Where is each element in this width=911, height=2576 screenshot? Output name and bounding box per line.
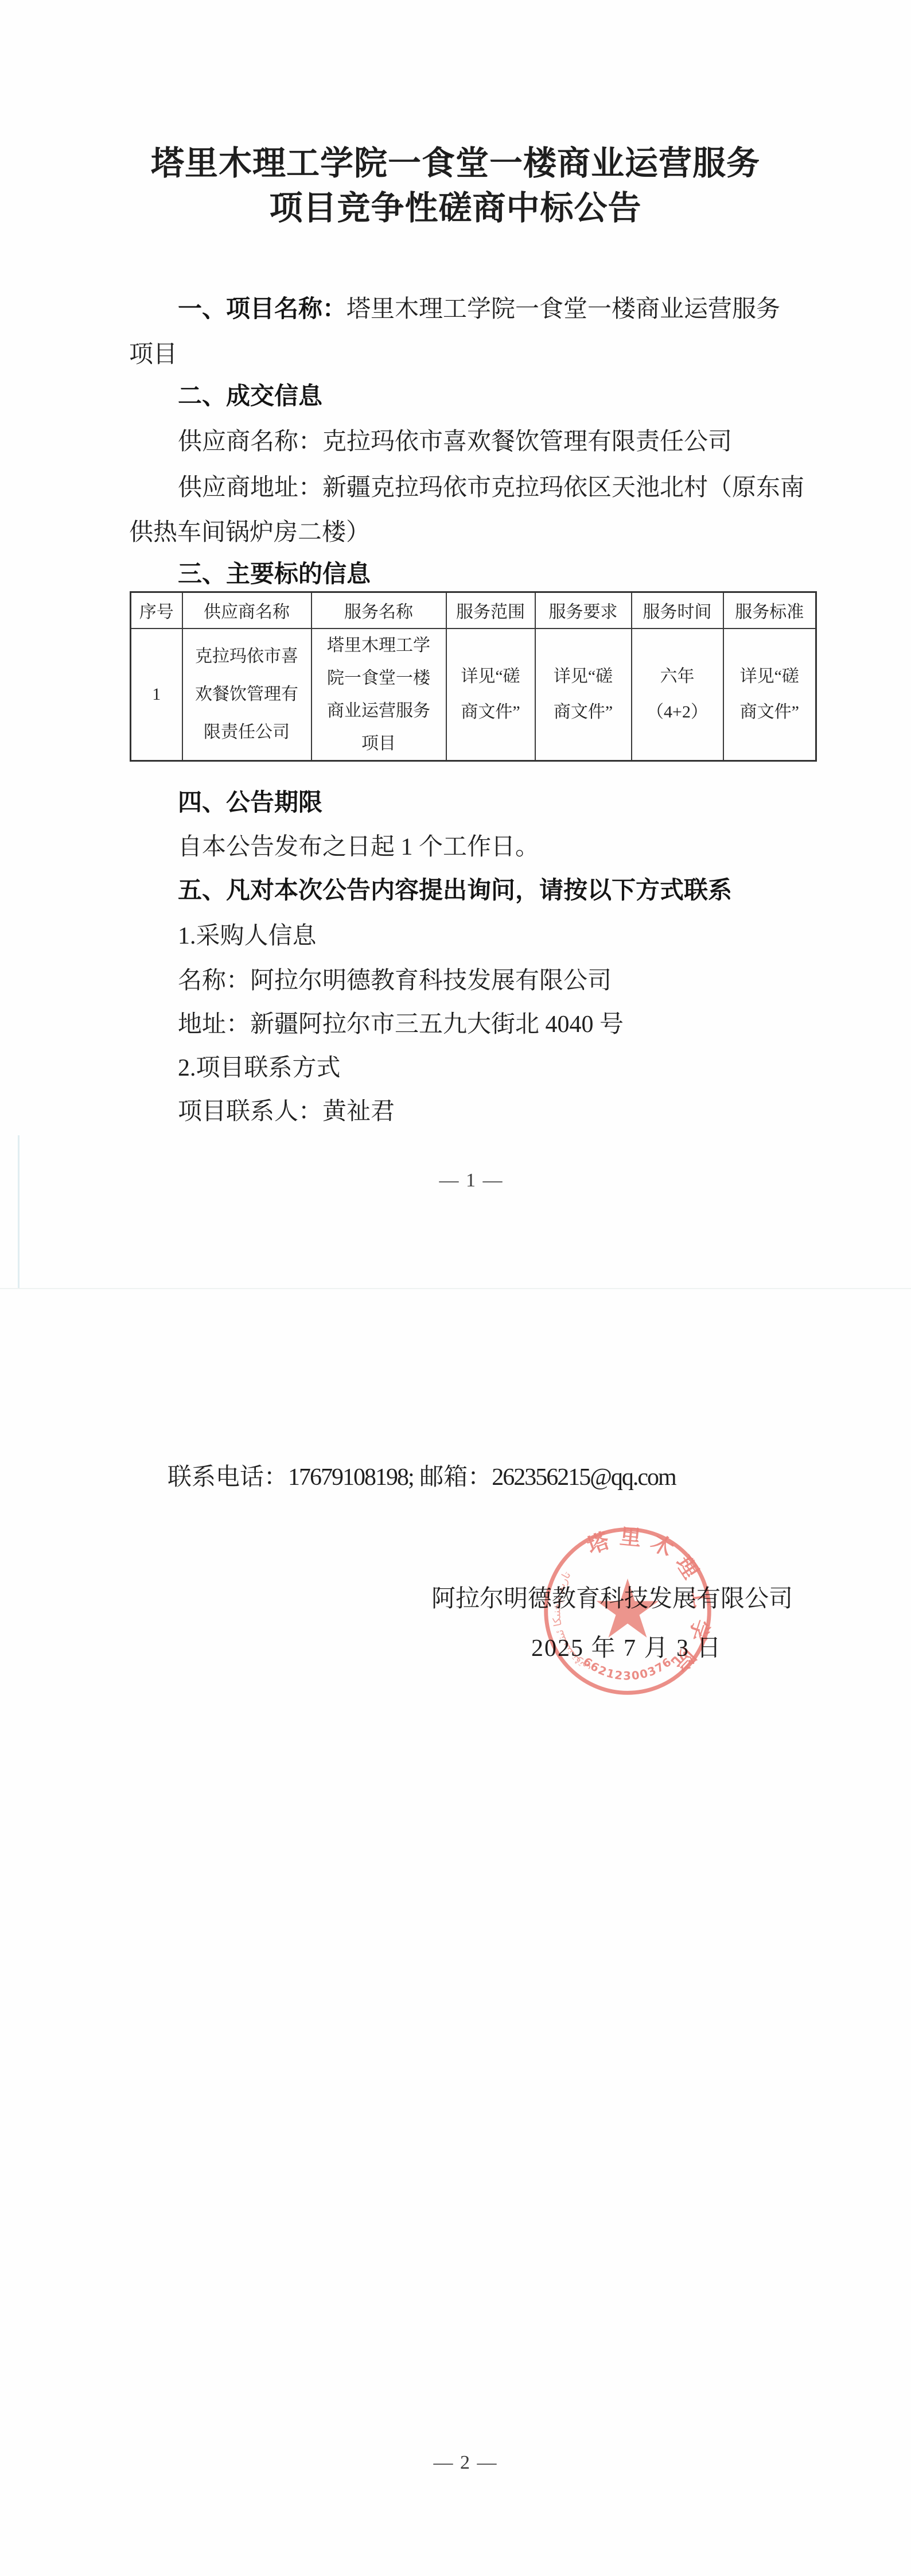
th-scope: 服务范围: [446, 592, 535, 629]
cell-requirement: 详见“磋商文件”: [535, 629, 632, 761]
contact-person: 项目联系人：黄祉君: [178, 1098, 395, 1126]
section4-heading: 四、公告期限: [178, 789, 322, 816]
document-title-line1: 塔里木理工学院一食堂一楼商业运营服务: [0, 141, 911, 186]
table-header-row: 序号 供应商名称 服务名称 服务范围 服务要求 服务时间 服务标准: [131, 592, 816, 629]
page1-number: — 1 —: [0, 1170, 911, 1192]
contact-email-label: 邮箱：: [419, 1464, 492, 1491]
cell-supplier: 克拉玛依市喜欢餐饮管理有限责任公司: [182, 629, 312, 761]
bid-info-table: 序号 供应商名称 服务名称 服务范围 服务要求 服务时间 服务标准 1 克拉玛依…: [130, 591, 817, 762]
scanned-document: 塔里木理工学院一食堂一楼商业运营服务 项目竞争性磋商中标公告 一、项目名称：塔里…: [0, 0, 911, 2576]
section1-text: 塔里木理工学院一食堂一楼商业运营服务: [347, 296, 780, 323]
cell-seq: 1: [131, 629, 182, 761]
section1-label: 一、项目名称：: [178, 295, 347, 322]
section1-text-continued: 项目: [129, 341, 177, 368]
th-standard: 服务标准: [723, 592, 816, 629]
th-seq: 序号: [131, 592, 182, 629]
cell-time: 六年 （4+2）: [632, 629, 723, 761]
section4-text: 自本公告发布之日起 1 个工作日。: [178, 833, 539, 861]
official-red-stamp: 塔里木理工学院 تارىم تېخنىكا ئىنىستىتۇتى 662123…: [538, 1521, 718, 1701]
supplier-address-line1: 供应商地址：新疆克拉玛依市克拉玛依区天池北村（原东南: [178, 474, 804, 502]
th-service: 服务名称: [312, 592, 446, 629]
contact-phone-label: 联系电话：: [168, 1464, 288, 1491]
cell-scope: 详见“磋商文件”: [446, 629, 535, 761]
th-require: 服务要求: [535, 592, 632, 629]
scan-artifact-line: [18, 1135, 20, 1289]
section1-project-name: 一、项目名称：塔里木理工学院一食堂一楼商业运营服务: [178, 295, 780, 323]
section5-heading: 五、凡对本次公告内容提出询问，请按以下方式联系: [178, 876, 732, 904]
purchaser-address: 地址：新疆阿拉尔市三五九大街北 4040 号: [178, 1011, 624, 1038]
supplier-name-line: 供应商名称：克拉玛依市喜欢餐饮管理有限责任公司: [178, 428, 732, 456]
contact-heading: 2.项目联系方式: [178, 1054, 341, 1082]
purchaser-heading: 1.采购人信息: [178, 922, 317, 950]
th-time: 服务时间: [632, 592, 723, 629]
purchaser-name: 名称：阿拉尔明德教育科技发展有限公司: [178, 967, 612, 995]
supplier-address-line2: 供热车间锅炉房二楼）: [129, 519, 370, 546]
document-title-line2: 项目竞争性磋商中标公告: [0, 186, 911, 231]
section3-heading: 三、主要标的信息: [178, 560, 371, 588]
section2-heading: 二、成交信息: [178, 382, 322, 410]
cell-standard: 详见“磋商文件”: [723, 629, 816, 761]
cell-service-name: 塔里木理工学院一食堂一楼商业运营服务项目: [312, 629, 446, 761]
contact-email-value: 262356215@qq.com: [492, 1464, 676, 1491]
contact-phone-value: 17679108198;: [288, 1464, 414, 1491]
page-boundary: [0, 1288, 911, 1289]
contact-line: 联系电话：17679108198; 邮箱：262356215@qq.com: [168, 1464, 676, 1491]
page2-number: — 2 —: [0, 2452, 911, 2474]
stamp-star: [597, 1578, 659, 1638]
table-row: 1 克拉玛依市喜欢餐饮管理有限责任公司 塔里木理工学院一食堂一楼商业运营服务项目…: [131, 629, 816, 761]
th-supplier: 供应商名称: [182, 592, 312, 629]
